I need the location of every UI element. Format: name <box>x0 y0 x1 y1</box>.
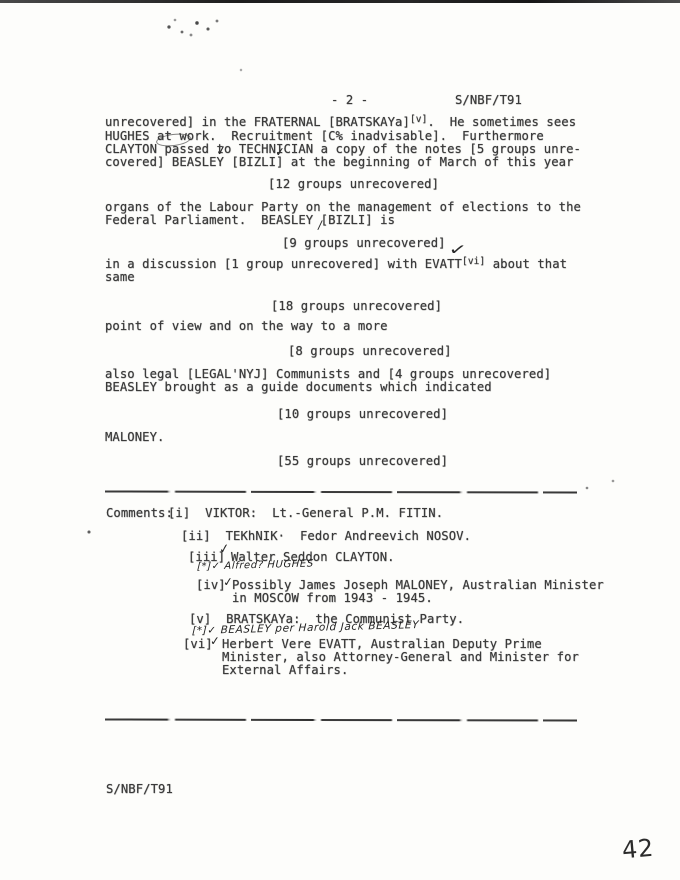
typed-line: unrecovered] in the FRATERNAL [BRATSKAYa… <box>105 116 576 130</box>
separator-rule <box>105 719 577 722</box>
groups-unrecovered-line: [9 groups unrecovered] <box>282 237 446 250</box>
handwritten-slash-icon: / <box>317 219 323 231</box>
typed-line-text: about that <box>485 257 567 271</box>
comments-label: Comments: <box>106 507 173 520</box>
footnote-ref-v: [v] <box>410 114 427 125</box>
typed-line: covered] BEASLEY [BIZLI] at the beginnin… <box>105 156 574 169</box>
typed-line: BEASLEY brought as a guide documents whi… <box>105 381 492 394</box>
groups-unrecovered-line: [12 groups unrecovered] <box>268 178 439 191</box>
typed-line-text: unrecovered] in the FRATERNAL [BRATSKAYa… <box>105 115 410 129</box>
typed-line: in a discussion [1 group unrecovered] wi… <box>105 258 567 272</box>
groups-unrecovered-line: [10 groups unrecovered] <box>277 408 448 421</box>
typed-line: same <box>105 271 135 284</box>
scanned-document-page: - 2 - S/NBF/T91 unrecovered] in the FRAT… <box>0 0 680 880</box>
handwritten-check-icon: ✓ <box>210 635 221 648</box>
separator-rule <box>105 491 577 494</box>
handwritten-check-icon: ✓ <box>218 542 231 556</box>
groups-unrecovered-line: [8 groups unrecovered] <box>288 345 452 358</box>
comment-iv-ref: [iv] <box>196 579 226 592</box>
doc-reference-header: S/NBF/T91 <box>455 94 522 107</box>
comment-vi-text-continued: External Affairs. <box>222 664 348 677</box>
typed-line: MALONEY. <box>105 431 165 444</box>
typed-line: point of view and on the way to a more <box>105 320 388 333</box>
page-number: - 2 - <box>331 94 368 107</box>
scan-edge-band <box>0 0 680 3</box>
comment-vi-ref: [vi] <box>183 638 213 651</box>
scan-noise <box>0 0 2 2</box>
typed-line-text: . He sometimes sees <box>427 115 576 129</box>
handwritten-annotation-hughes: [*]✓ Alfred? HUGHES <box>197 558 314 572</box>
handwritten-page-number: 42 <box>621 834 655 865</box>
typed-line: Federal Parliament. BEASLEY [BIZLI] is <box>105 214 395 227</box>
groups-unrecovered-line: [55 groups unrecovered] <box>277 455 448 468</box>
groups-unrecovered-line: [18 groups unrecovered] <box>271 300 442 313</box>
comment-iv-text-continued: in MOSCOW from 1943 - 1945. <box>232 592 433 605</box>
typed-line-text: in a discussion [1 group unrecovered] wi… <box>105 257 462 271</box>
handwritten-check-icon: ✓ <box>448 241 468 259</box>
handwritten-check-icon: ✓ <box>274 146 285 159</box>
doc-reference-footer: S/NBF/T91 <box>106 783 173 796</box>
comment-i: [i] VIKTOR: Lt.-General P.M. FITIN. <box>168 507 443 520</box>
handwritten-check-icon: ✓ <box>215 144 228 159</box>
